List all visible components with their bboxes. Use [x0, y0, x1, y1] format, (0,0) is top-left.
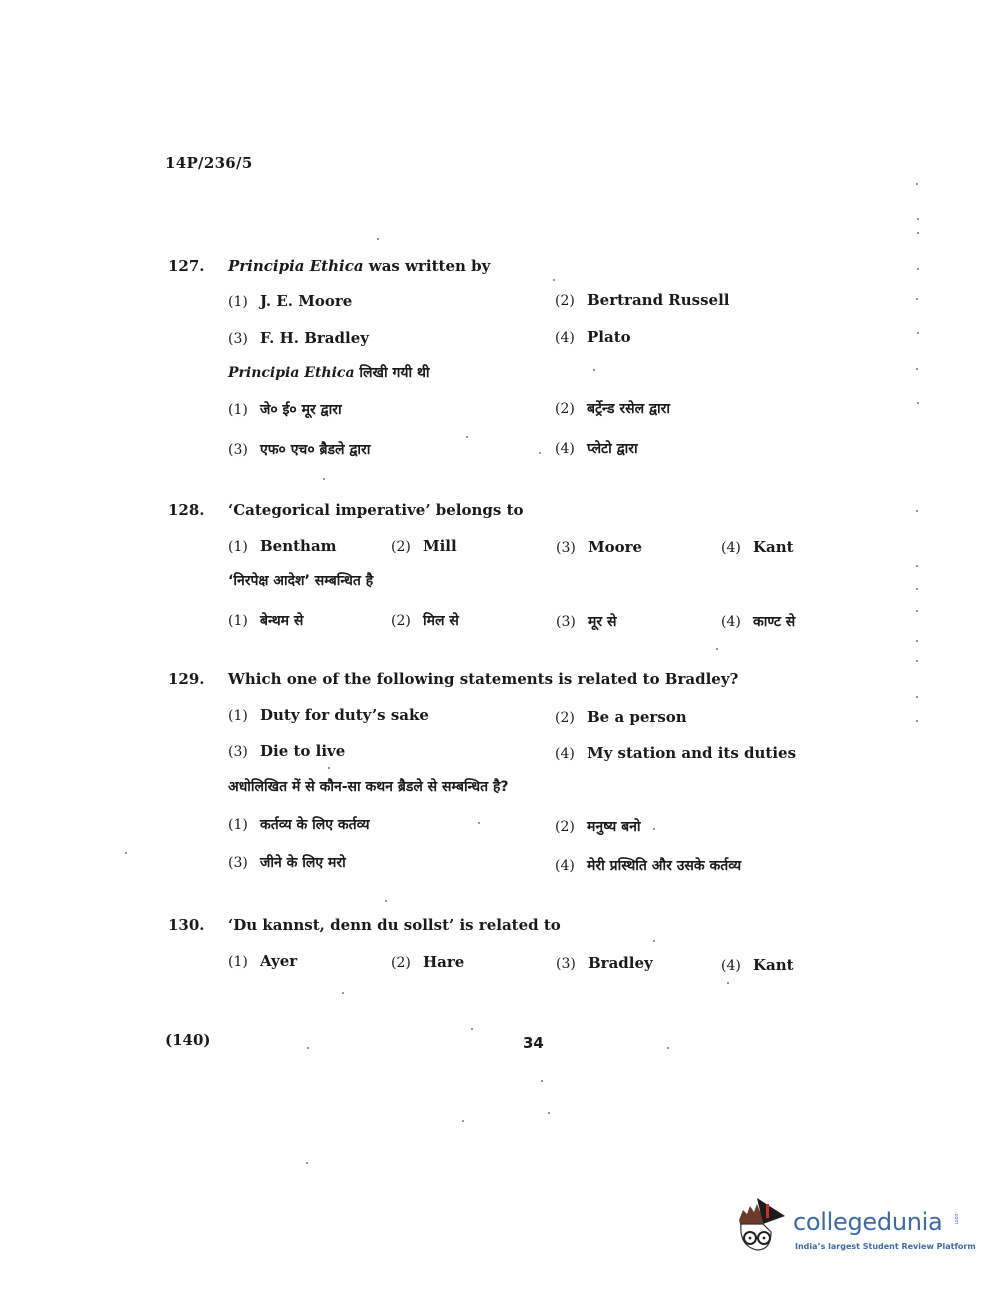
option-3-hi: (3)एफ० एच० ब्रैडले द्वारा — [228, 440, 370, 459]
question-text-hi: ‘निरपेक्ष आदेश’ सम्बन्धित है — [228, 571, 373, 590]
option-2-en: (2)Hare — [391, 953, 464, 971]
footer-code: (140) — [165, 1031, 211, 1049]
option-1-en: (1)J. E. Moore — [228, 292, 352, 310]
option-4-en: (4)Kant — [721, 538, 794, 556]
question-text-hi: Principia Ethica लिखी गयी थी — [228, 363, 430, 382]
option-1-en: (1)Duty for duty’s sake — [228, 706, 429, 724]
question-number: 127. — [168, 257, 205, 275]
option-2-en: (2)Bertrand Russell — [555, 291, 730, 309]
question-number: 128. — [168, 501, 205, 519]
question-text-en: ‘Du kannst, denn du sollst’ is related t… — [228, 916, 561, 934]
option-2-hi: (2)मिल से — [391, 611, 459, 630]
question-text-en: ‘Categorical imperative’ belongs to — [228, 501, 524, 519]
page-number: 34 — [523, 1034, 544, 1052]
option-4-hi: (4)मेरी प्रस्थिति और उसके कर्तव्य — [555, 856, 741, 875]
option-1-hi: (1)बेन्थम से — [228, 611, 303, 630]
option-3-hi: (3)जीने के लिए मरो — [228, 853, 346, 872]
question-number: 130. — [168, 916, 205, 934]
question-text-hi: अधोलिखित में से कौन-सा कथन ब्रैडले से सम… — [228, 777, 509, 796]
option-2-hi: (2)बर्ट्रेन्ड रसेल द्वारा — [555, 399, 670, 418]
option-1-en: (1)Ayer — [228, 952, 297, 970]
brand-domain: .com — [953, 1212, 959, 1224]
option-2-en: (2)Mill — [391, 537, 457, 555]
option-3-hi: (3)मूर से — [556, 612, 616, 631]
option-4-en: (4)Kant — [721, 956, 794, 974]
option-4-hi: (4)काण्ट से — [721, 612, 795, 631]
option-4-en: (4)Plato — [555, 328, 631, 346]
paper-code: 14P/236/5 — [165, 154, 253, 172]
option-3-en: (3)Moore — [556, 538, 642, 556]
option-4-hi: (4)प्लेटो द्वारा — [555, 439, 638, 458]
brand-tagline: India’s largest Student Review Platform — [795, 1242, 976, 1251]
option-3-en: (3)F. H. Bradley — [228, 329, 369, 347]
option-1-en: (1)Bentham — [228, 537, 337, 555]
question-number: 129. — [168, 670, 205, 688]
question-text-en: Principia Ethica was written by — [228, 257, 490, 275]
option-2-en: (2)Be a person — [555, 708, 687, 726]
brand-name: collegedunia — [793, 1208, 942, 1236]
collegedunia-logo: collegedunia .com India’s largest Studen… — [733, 1196, 963, 1256]
question-text-en: Which one of the following statements is… — [228, 670, 738, 688]
option-2-hi: (2)मनुष्य बनो — [555, 817, 641, 836]
option-4-en: (4)My station and its duties — [555, 744, 796, 762]
option-1-hi: (1)कर्तव्य के लिए कर्तव्य — [228, 815, 370, 834]
mascot-icon — [733, 1196, 791, 1254]
option-3-en: (3)Die to live — [228, 742, 345, 760]
option-1-hi: (1)जे० ई० मूर द्वारा — [228, 400, 342, 419]
option-3-en: (3)Bradley — [556, 954, 653, 972]
